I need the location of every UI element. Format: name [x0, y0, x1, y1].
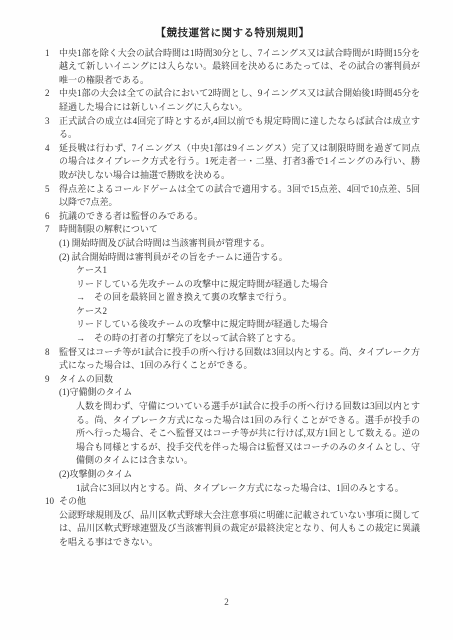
rule-text: 中央1部を除く大会の試合時間は1時間30分とし、7イニングス又は試合時間が1時間… [59, 47, 420, 88]
rule-subline: (2) 試合開始時間は審判員がその旨をチームに通告する。 [59, 251, 420, 265]
rule-number: 8 [45, 346, 59, 373]
rule-item-8: 8監督又はコーチ等が1試合に投手の所へ行ける回数は3回以内とする。尚、タイブレー… [45, 346, 420, 373]
rule-subline: (1)守備側のタイム [59, 386, 420, 400]
rule-item-1: 1中央1部を除く大会の試合時間は1時間30分とし、7イニングス又は試合時間が1時… [45, 47, 420, 88]
rule-text: 監督又はコーチ等が1試合に投手の所へ行ける回数は3回以内とする。尚、タイブレーク… [59, 346, 420, 373]
rule-subline: リードしている先攻チームの攻撃中に規定時間が経過した場合 [76, 278, 420, 292]
rule-subline: → その回を最終回と置き換えて裏の攻撃まで行う。 [76, 291, 420, 305]
rule-subline: リードしている後攻チームの攻撃中に規定時間が経過した場合 [76, 318, 420, 332]
rule-item-9: 9タイムの回数 [45, 373, 420, 387]
rule-text: タイムの回数 [59, 373, 420, 387]
document-page: 【競技運営に関する特別規則】 1中央1部を除く大会の試合時間は1時間30分とし、… [0, 0, 453, 640]
rule-text: 延長戦は行わず、7イニングス（中央1部は9イニングス）完了又は制限時間を過ぎて同… [59, 142, 420, 183]
rule-subline: 公認野球規則及び、品川区軟式野球大会注意事項に明確に記載されていない事項に関して… [59, 509, 420, 550]
rule-subline: ケース2 [76, 305, 420, 319]
rule-item-2: 2中央1部の大会は全ての試合において2時間とし、9イニングス又は試合開始後1時間… [45, 87, 420, 114]
rule-subline: ケース1 [76, 264, 420, 278]
rule-text: 中央1部の大会は全ての試合において2時間とし、9イニングス又は試合開始後1時間4… [59, 87, 420, 114]
rule-number: 1 [45, 47, 59, 88]
rule-item-6: 6抗議のできる者は監督のみである。 [45, 210, 420, 224]
rule-subline: 1試合に3回以内とする。尚、タイブレーク方式になった場合は、1回のみとする。 [76, 482, 420, 496]
rule-item-5: 5得点差によるコールドゲームは全ての試合で適用する。3回で15点差、4回で10点… [45, 183, 420, 210]
rule-number: 2 [45, 87, 59, 114]
rule-number: 4 [45, 142, 59, 183]
document-body: 【競技運営に関する特別規則】 1中央1部を除く大会の試合時間は1時間30分とし、… [0, 0, 453, 550]
rule-number: 7 [45, 223, 59, 237]
rule-text: 正式試合の成立は4回完了時とするが,4回以前でも規定時間に達したならば試合は成立… [59, 115, 420, 142]
document-title: 【競技運営に関する特別規則】 [45, 27, 420, 41]
rule-number: 9 [45, 373, 59, 387]
rule-number: 5 [45, 183, 59, 210]
rule-text: 抗議のできる者は監督のみである。 [59, 210, 420, 224]
rule-item-4: 4延長戦は行わず、7イニングス（中央1部は9イニングス）完了又は制限時間を過ぎて… [45, 142, 420, 183]
rule-number: 6 [45, 210, 59, 224]
rule-number: 3 [45, 115, 59, 142]
rule-item-10: 10その他 [45, 495, 420, 509]
rule-subline: 人数を問わず、守備についている選手が1試合に投手の所へ行ける回数は3回以内とする… [76, 400, 420, 468]
rule-text: その他 [59, 495, 420, 509]
rule-subline: (2)攻撃側のタイム [59, 468, 420, 482]
rule-number: 10 [45, 495, 59, 509]
rule-subline: (1) 開始時間及び試合時間は当該審判員が管理する。 [59, 237, 420, 251]
rule-item-7: 7時間制限の解釈について [45, 223, 420, 237]
rule-text: 時間制限の解釈について [59, 223, 420, 237]
rule-text: 得点差によるコールドゲームは全ての試合で適用する。3回で15点差、4回で10点差… [59, 183, 420, 210]
rule-item-3: 3正式試合の成立は4回完了時とするが,4回以前でも規定時間に達したならば試合は成… [45, 115, 420, 142]
rule-subline: → その時の打者の打撃完了を以って試合終了とする。 [76, 332, 420, 346]
rules-list: 1中央1部を除く大会の試合時間は1時間30分とし、7イニングス又は試合時間が1時… [45, 47, 420, 550]
page-number: 2 [0, 596, 453, 610]
